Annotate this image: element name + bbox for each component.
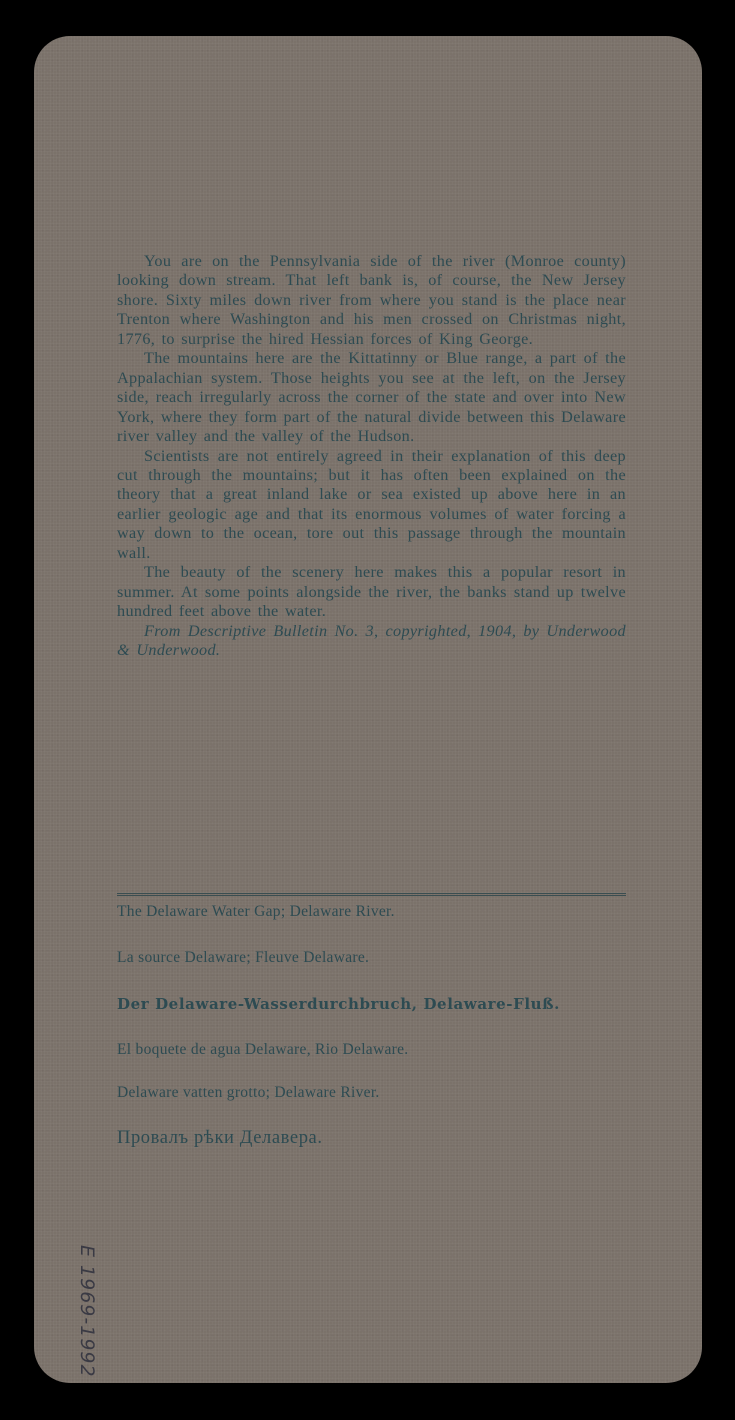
title-spanish: El boquete de agua Delaware, Rio Delawar… bbox=[117, 1041, 408, 1059]
title-german: Der Delaware-Wasserdurchbruch, Delaware-… bbox=[117, 995, 560, 1013]
copyright-credit: From Descriptive Bulletin No. 3, copyrig… bbox=[117, 622, 626, 661]
paragraph-location: You are on the Pennsylvania side of the … bbox=[117, 252, 626, 349]
paragraph-geology: Scientists are not entirely agreed in th… bbox=[117, 447, 626, 564]
title-english: The Delaware Water Gap; Delaware River. bbox=[117, 903, 395, 921]
title-swedish: Delaware vatten grotto; Delaware River. bbox=[117, 1084, 380, 1102]
title-russian: Провалъ рѣки Делавера. bbox=[117, 1128, 323, 1149]
museum-accession-number: E 1969-1992 bbox=[76, 1245, 98, 1378]
stereograph-card-back bbox=[34, 36, 702, 1383]
double-rule-divider bbox=[117, 893, 626, 896]
paragraph-mountains: The mountains here are the Kittatinny or… bbox=[117, 349, 626, 446]
title-french: La source Delaware; Fleuve Delaware. bbox=[117, 949, 369, 967]
description-text: You are on the Pennsylvania side of the … bbox=[117, 252, 626, 661]
paragraph-scenery: The beauty of the scenery here makes thi… bbox=[117, 563, 626, 621]
